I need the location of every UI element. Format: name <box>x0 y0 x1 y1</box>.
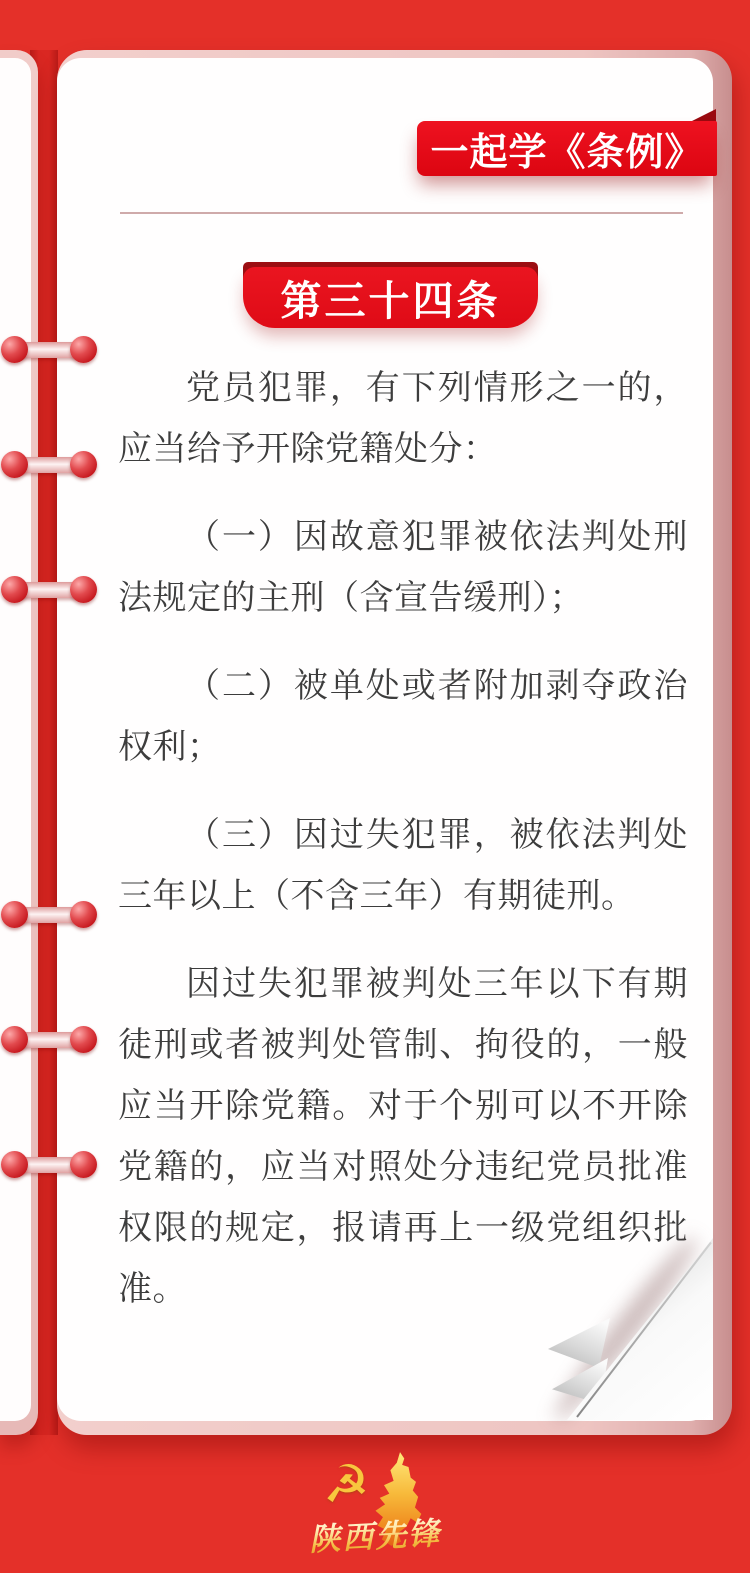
binder-ring-ball <box>1 451 28 478</box>
article-paragraph: （二）被单处或者附加剥夺政治权利； <box>118 656 688 778</box>
binder-ring <box>1 335 97 365</box>
binder-ring-ball <box>70 451 97 478</box>
left-page <box>0 58 31 1421</box>
series-banner-label: 一起学《条例》 <box>430 121 703 176</box>
article-paragraph: 党员犯罪，有下列情形之一的，应当给予开除党籍处分： <box>118 358 688 480</box>
binder-ring <box>1 450 97 480</box>
binder-ring-ball <box>1 901 28 928</box>
binder-ring-ball <box>70 576 97 603</box>
binder-ring-ball <box>1 1026 28 1053</box>
article-paragraph: （三）因过失犯罪，被依法判处三年以上（不含三年）有期徒刑。 <box>118 805 688 927</box>
series-banner: 一起学《条例》 <box>417 121 717 176</box>
poster-canvas: 一起学《条例》 第三十四条 党员犯罪，有下列情形之一的，应当给予开除党籍处分： … <box>0 0 750 1573</box>
footer: ☭ 陕西先锋 <box>0 1445 750 1565</box>
binder-ring-ball <box>70 1026 97 1053</box>
article-paragraph: 因过失犯罪被判处三年以下有期徒刑或者被判处管制、拘役的，一般应当开除党籍。对于个… <box>118 954 688 1320</box>
brand-logo: ☭ 陕西先锋 <box>295 1445 455 1563</box>
binder-ring-ball <box>70 901 97 928</box>
article-badge-plate: 第三十四条 <box>243 267 538 328</box>
article-paragraph: （一）因故意犯罪被依法判处刑法规定的主刑（含宣告缓刑）； <box>118 507 688 629</box>
binder-ring-ball <box>1 336 28 363</box>
binder-ring <box>1 900 97 930</box>
binder-ring <box>1 575 97 605</box>
binder-ring-ball <box>70 1151 97 1178</box>
binder-ring-ball <box>1 1151 28 1178</box>
binder-ring <box>1 1150 97 1180</box>
binder-ring <box>1 1025 97 1055</box>
brand-name: 陕西先锋 <box>284 1506 466 1560</box>
divider-line <box>120 212 683 214</box>
article-body: 党员犯罪，有下列情形之一的，应当给予开除党籍处分： （一）因故意犯罪被依法判处刑… <box>118 358 688 1347</box>
article-badge-label: 第三十四条 <box>281 268 501 327</box>
article-badge: 第三十四条 <box>243 262 538 328</box>
left-page-edge-stack <box>0 50 38 1435</box>
binder-ring-ball <box>70 336 97 363</box>
binder-ring-ball <box>1 576 28 603</box>
